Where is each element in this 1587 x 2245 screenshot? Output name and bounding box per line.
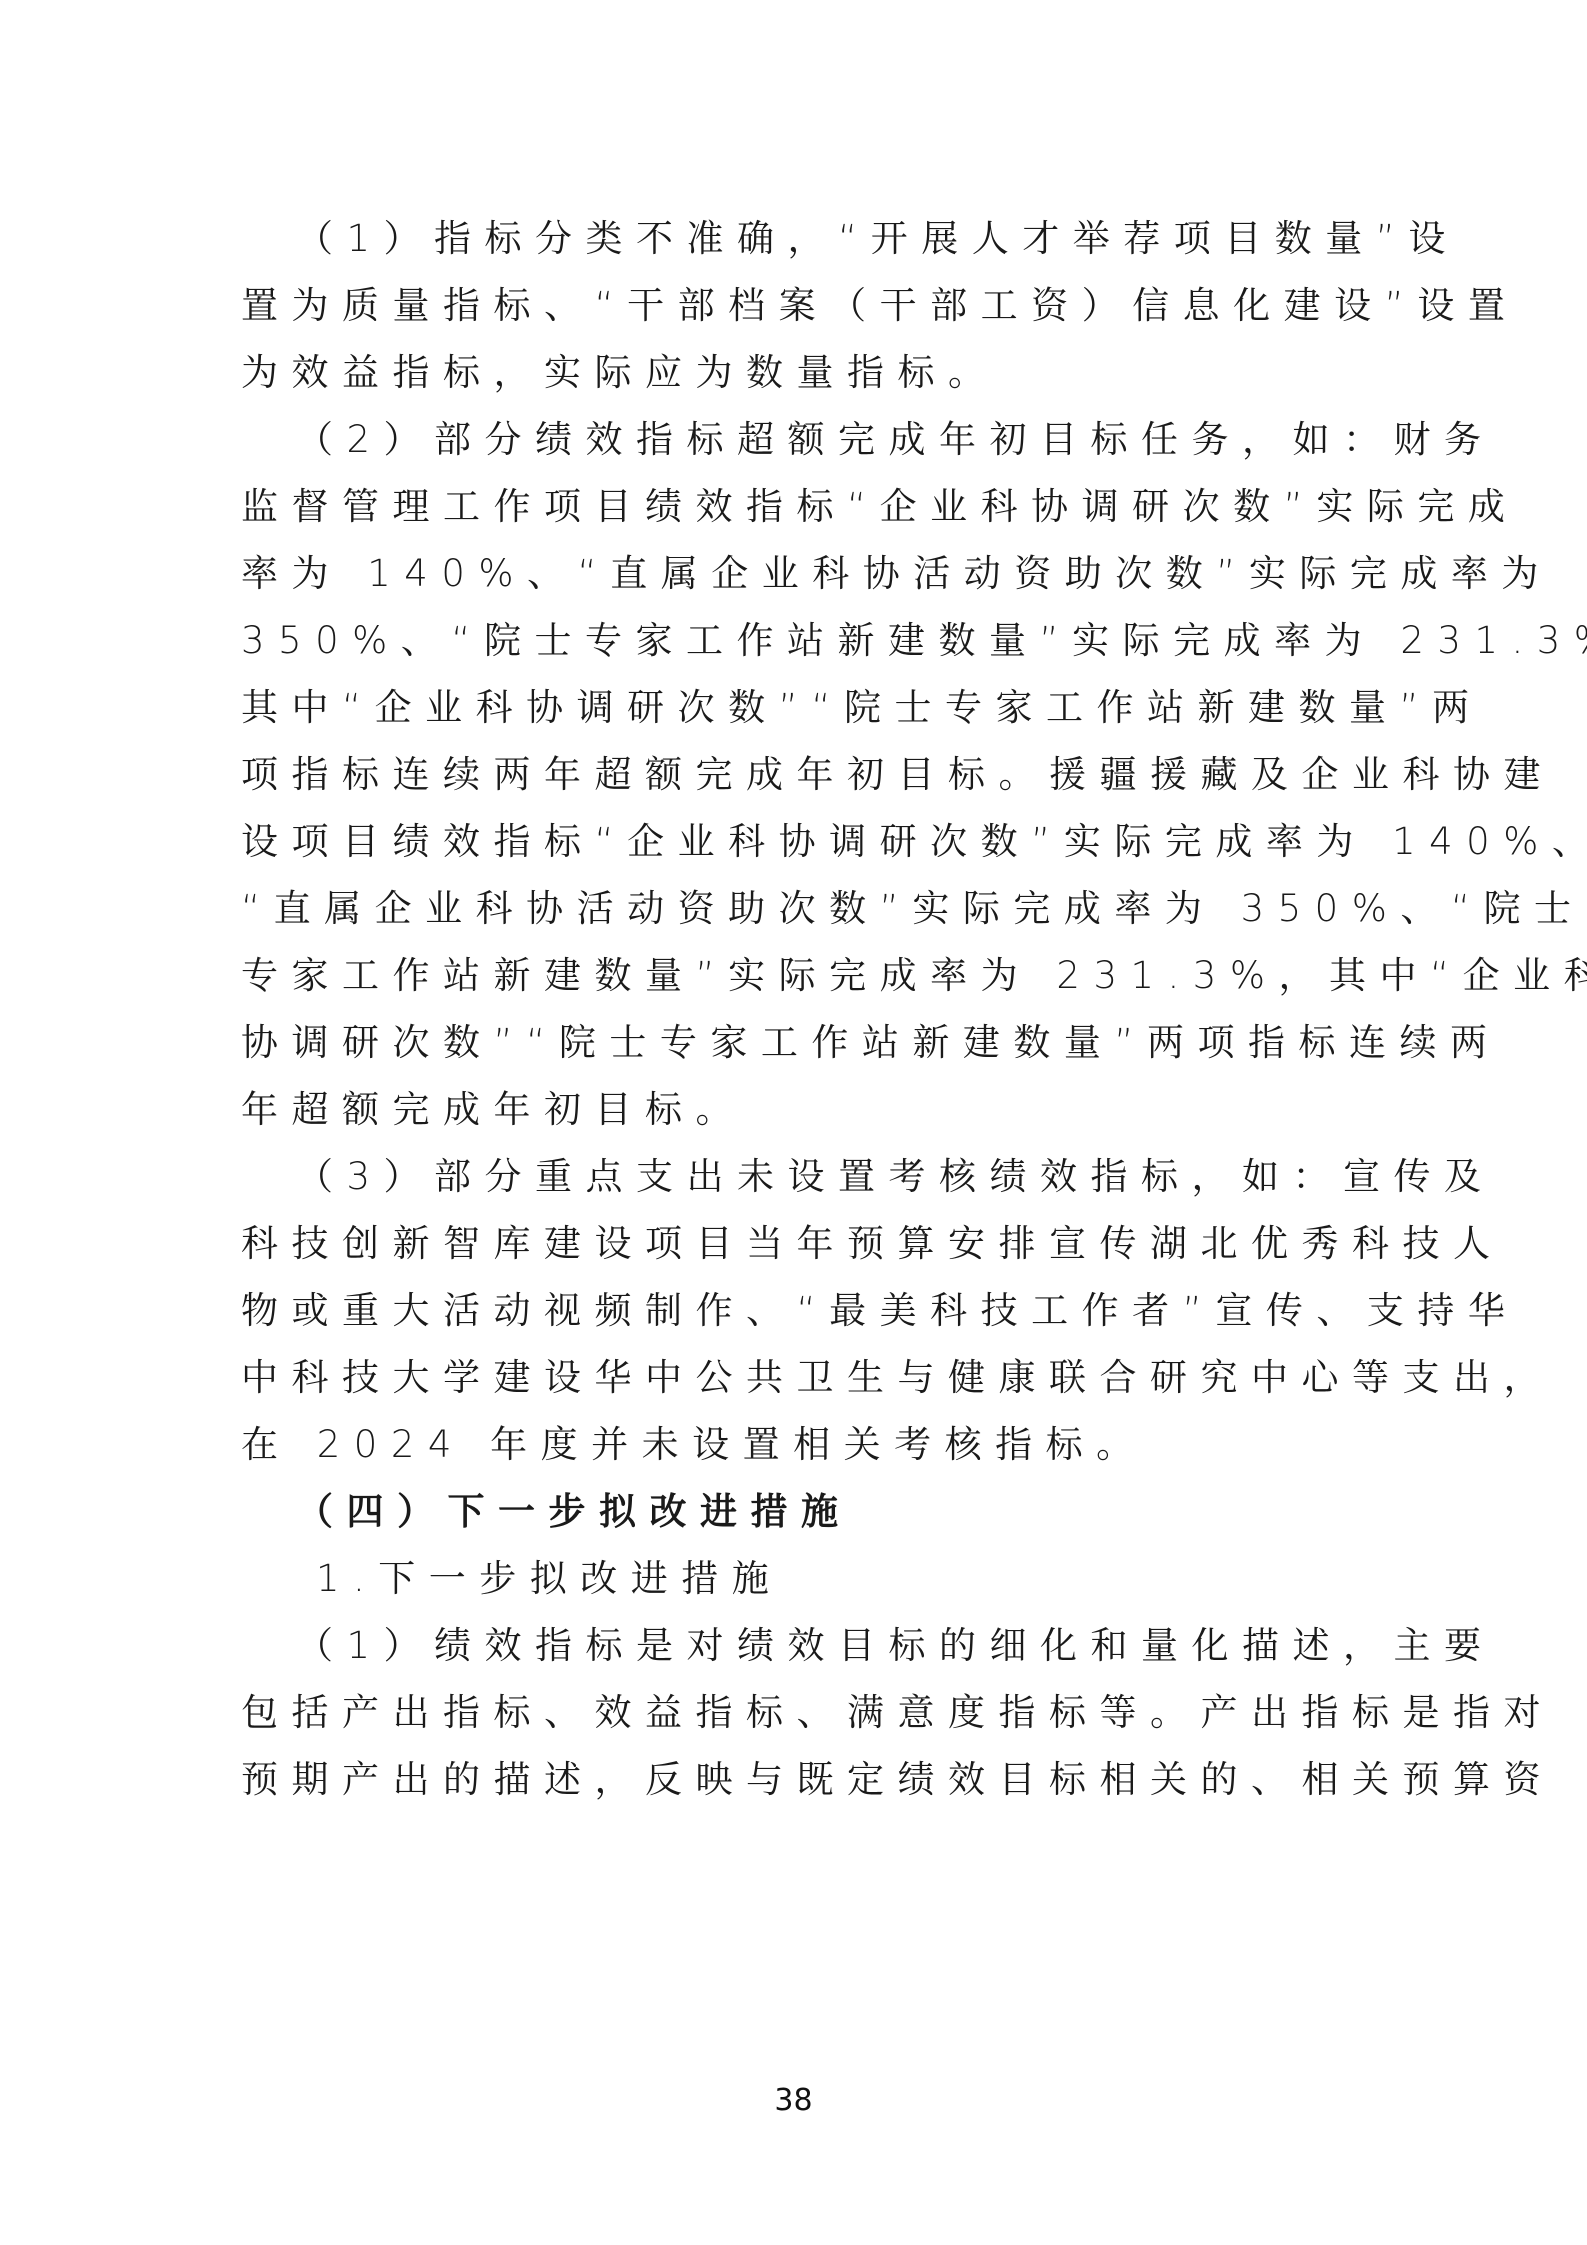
text-line: 在 2024 年度并未设置相关考核指标。 — [241, 1411, 1353, 1478]
text-line: “直属企业科协活动资助次数”实际完成率为 350%、“院士 — [241, 875, 1353, 942]
text-line: 物或重大活动视频制作、“最美科技工作者”宣传、支持华 — [241, 1277, 1353, 1344]
text-line: 率为 140%、“直属企业科协活动资助次数”实际完成率为 — [241, 540, 1353, 607]
document-page: （1）指标分类不准确，“开展人才举荐项目数量”设 置为质量指标、“干部档案（干部… — [0, 0, 1587, 2245]
text-line: 包括产出指标、效益指标、满意度指标等。产出指标是指对 — [241, 1679, 1353, 1746]
text-line: 预期产出的描述，反映与既定绩效目标相关的、相关预算资 — [241, 1746, 1353, 1813]
text-line: 科技创新智库建设项目当年预算安排宣传湖北优秀科技人 — [241, 1210, 1353, 1277]
text-line: 其中“企业科协调研次数”“院士专家工作站新建数量”两 — [241, 674, 1353, 741]
document-body: （1）指标分类不准确，“开展人才举荐项目数量”设 置为质量指标、“干部档案（干部… — [241, 205, 1353, 1813]
text-line: 年超额完成年初目标。 — [241, 1076, 1353, 1143]
text-line: （1）指标分类不准确，“开展人才举荐项目数量”设 — [241, 205, 1353, 272]
text-line: 置为质量指标、“干部档案（干部工资）信息化建设”设置 — [241, 272, 1353, 339]
page-number: 38 — [0, 2083, 1587, 2118]
text-line: 中科技大学建设华中公共卫生与健康联合研究中心等支出， — [241, 1344, 1353, 1411]
text-line: 协调研次数”“院士专家工作站新建数量”两项指标连续两 — [241, 1009, 1353, 1076]
text-line: （3）部分重点支出未设置考核绩效指标，如：宣传及 — [241, 1143, 1353, 1210]
text-line: 项指标连续两年超额完成年初目标。援疆援藏及企业科协建 — [241, 741, 1353, 808]
paragraph-indicator-classification: （1）指标分类不准确，“开展人才举荐项目数量”设 置为质量指标、“干部档案（干部… — [241, 205, 1353, 406]
paragraph-missing-indicators: （3）部分重点支出未设置考核绩效指标，如：宣传及 科技创新智库建设项目当年预算安… — [241, 1143, 1353, 1478]
subsection-heading: 1.下一步拟改进措施 — [241, 1545, 1353, 1612]
paragraph-performance-indicators: （1）绩效指标是对绩效目标的细化和量化描述，主要 包括产出指标、效益指标、满意度… — [241, 1612, 1353, 1813]
text-line: 设项目绩效指标“企业科协调研次数”实际完成率为 140%、 — [241, 808, 1353, 875]
text-line: 专家工作站新建数量”实际完成率为 231.3%，其中“企业科 — [241, 942, 1353, 1009]
section-heading: （四）下一步拟改进措施 — [241, 1478, 1353, 1545]
text-line: 350%、“院士专家工作站新建数量”实际完成率为 231.3%， — [241, 607, 1353, 674]
text-line: 监督管理工作项目绩效指标“企业科协调研次数”实际完成 — [241, 473, 1353, 540]
text-line: 为效益指标，实际应为数量指标。 — [241, 339, 1353, 406]
text-line: （1）绩效指标是对绩效目标的细化和量化描述，主要 — [241, 1612, 1353, 1679]
paragraph-exceeded-targets: （2）部分绩效指标超额完成年初目标任务，如：财务 监督管理工作项目绩效指标“企业… — [241, 406, 1353, 1143]
text-line: （2）部分绩效指标超额完成年初目标任务，如：财务 — [241, 406, 1353, 473]
